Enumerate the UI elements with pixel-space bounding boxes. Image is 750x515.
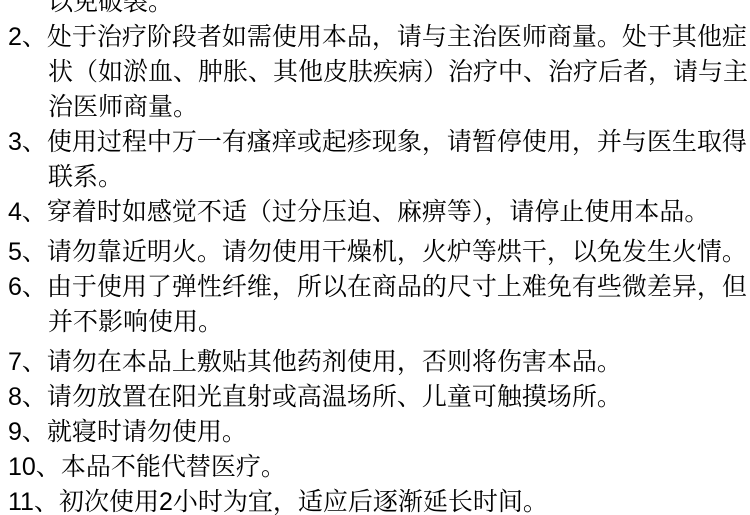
item-text: 本品不能代替医疗。 [61,453,286,481]
clipped-continuation-line: 以免破裂。 [8,0,750,20]
list-item: 3、使用过程中万一有瘙痒或起疹现象，请暂停使用，并与医生取得联系。 [8,125,750,195]
list-item: 11、初次使用2小时为宜，适应后逐渐延长时间。 [8,485,750,515]
item-number: 4、 [8,198,47,226]
item-text: 使用过程中万一有瘙痒或起疹现象，请暂停使用，并与医生取得联系。 [47,128,747,191]
item-number: 5、 [8,238,47,266]
list-item: 8、请勿放置在阳光直射或高温场所、儿童可触摸场所。 [8,380,750,415]
instructions-text-block: 以免破裂。 2、处于治疗阶段者如需使用本品，请与主治医师商量。处于其他症状（如淤… [8,0,750,515]
item-number: 11、 [8,488,59,515]
list-item: 4、穿着时如感觉不适（过分压迫、麻痹等），请停止使用本品。 [8,195,750,230]
item-text: 就寝时请勿使用。 [47,418,247,446]
item-text: 请勿放置在阳光直射或高温场所、儿童可触摸场所。 [47,383,622,411]
list-item: 6、由于使用了弹性纤维，所以在商品的尺寸上难免有些微差异，但并不影响使用。 [8,270,750,340]
item-text: 请勿在本品上敷贴其他药剂使用，否则将伤害本品。 [47,348,622,376]
item-number: 10、 [8,453,61,481]
instructions-document: 以免破裂。 2、处于治疗阶段者如需使用本品，请与主治医师商量。处于其他症状（如淤… [0,0,750,515]
list-item: 2、处于治疗阶段者如需使用本品，请与主治医师商量。处于其他症状（如淤血、肿胀、其… [8,20,750,125]
item-text: 由于使用了弹性纤维，所以在商品的尺寸上难免有些微差异，但并不影响使用。 [47,273,747,336]
item-number: 7、 [8,348,47,376]
item-number: 2、 [8,23,47,51]
item-text: 请勿靠近明火。请勿使用干燥机，火炉等烘干，以免发生火情。 [47,238,747,266]
item-number: 3、 [8,128,47,156]
item-text: 初次使用2小时为宜，适应后逐渐延长时间。 [59,488,548,515]
item-number: 9、 [8,418,47,446]
list-item: 9、就寝时请勿使用。 [8,415,750,450]
list-item: 5、请勿靠近明火。请勿使用干燥机，火炉等烘干，以免发生火情。 [8,235,750,270]
list-item: 10、本品不能代替医疗。 [8,450,750,485]
item-text: 穿着时如感觉不适（过分压迫、麻痹等），请停止使用本品。 [47,198,710,226]
item-number: 8、 [8,383,47,411]
list-item: 7、请勿在本品上敷贴其他药剂使用，否则将伤害本品。 [8,345,750,380]
item-text: 处于治疗阶段者如需使用本品，请与主治医师商量。处于其他症状（如淤血、肿胀、其他皮… [47,23,748,121]
item-number: 6、 [8,273,47,301]
